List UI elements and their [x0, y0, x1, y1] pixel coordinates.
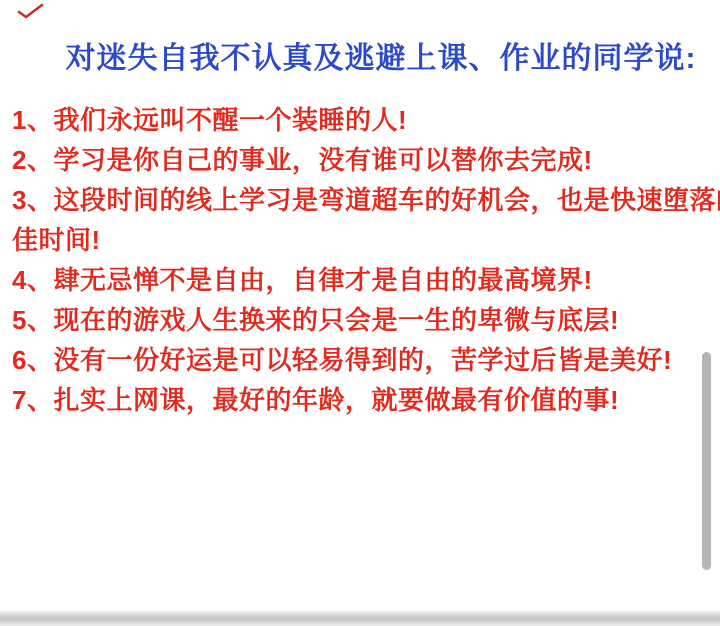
scrollbar-thumb[interactable] — [702, 352, 711, 570]
red-check-mark-icon — [16, 2, 46, 20]
text-body: 1、我们永远叫不醒一个装睡的人! 2、学习是你自己的事业，没有谁可以替你去完成!… — [12, 100, 720, 420]
list-line-5: 5、现在的游戏人生换来的只会是一生的卑微与底层! — [12, 300, 720, 340]
list-line-7: 7、扎实上网课，最好的年龄，就要做最有价值的事! — [12, 380, 720, 420]
page-title: 对迷失自我不认真及逃避上课、作业的同学说: — [0, 33, 720, 77]
list-line-3: 3、这段时间的线上学习是弯道超车的好机会，也是快速堕落的最 — [12, 180, 720, 220]
list-line-3-continuation: 佳时间! — [12, 220, 720, 260]
list-line-4: 4、肆无忌惮不是自由，自律才是自由的最高境界! — [12, 260, 720, 300]
slide-page: 对迷失自我不认真及逃避上课、作业的同学说: 1、我们永远叫不醒一个装睡的人! 2… — [0, 0, 720, 626]
list-line-1: 1、我们永远叫不醒一个装睡的人! — [12, 100, 720, 140]
bottom-divider-bar — [0, 611, 720, 626]
list-line-6: 6、没有一份好运是可以轻易得到的，苦学过后皆是美好! — [12, 340, 720, 380]
list-line-2: 2、学习是你自己的事业，没有谁可以替你去完成! — [12, 140, 720, 180]
